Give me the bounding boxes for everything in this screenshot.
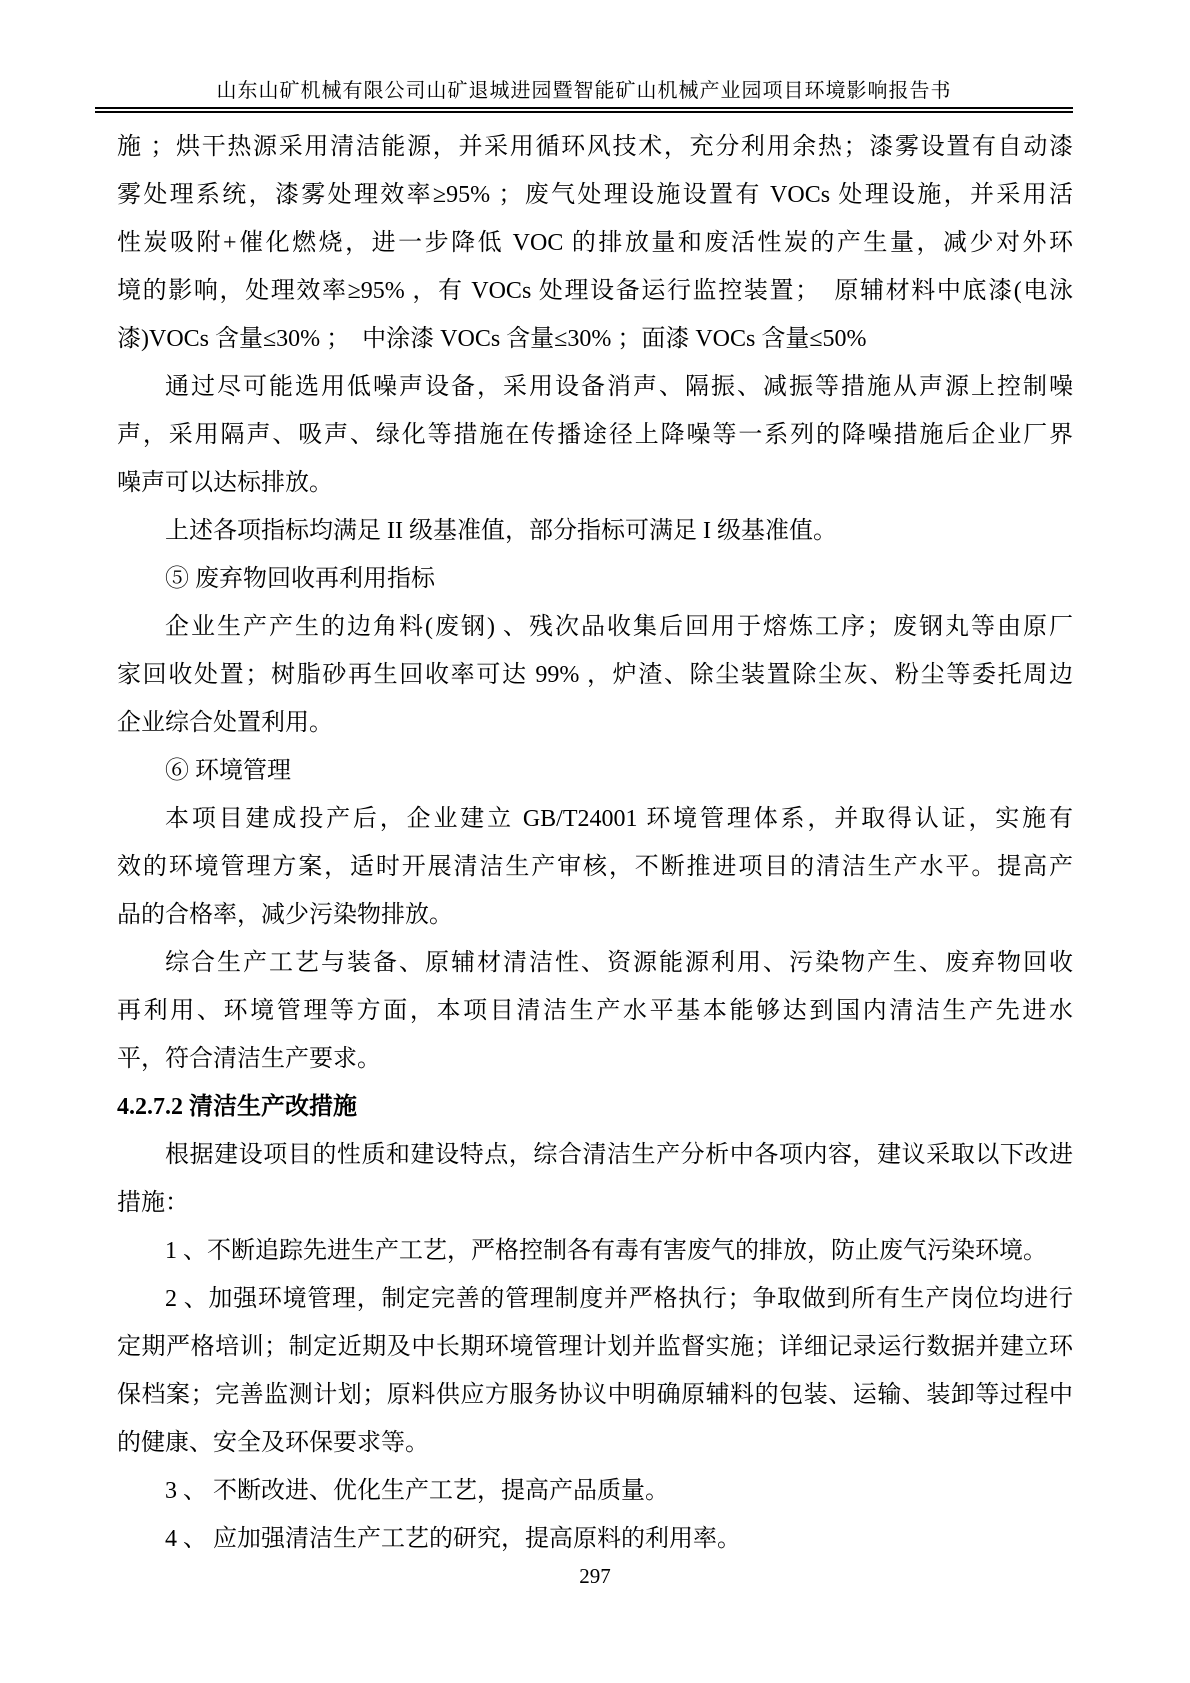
list-item: 2 、加强环境管理，制定完善的管理制度并严格执行；争取做到所有生产岗位均进行定期… <box>117 1275 1073 1467</box>
text-line: 3 、 不断改进、优化生产工艺，提高产品质量。 <box>117 1467 1073 1515</box>
list-item: 3 、 不断改进、优化生产工艺，提高产品质量。 <box>117 1467 1073 1515</box>
page-footer: 297 <box>0 1563 1190 1589</box>
text-line: 平，符合清洁生产要求。 <box>117 1035 1073 1083</box>
text-line: 境的影响，处理效率≥95% ，有 VOCs 处理设备运行监控装置； 原辅材料中底… <box>117 267 1073 315</box>
body-paragraph: 企业生产产生的边角料(废钢) 、残次品收集后回用于熔炼工序；废钢丸等由原厂家回收… <box>117 603 1073 747</box>
text-line: 声，采用隔声、吸声、绿化等措施在传播途径上降噪等一系列的降噪措施后企业厂界 <box>117 411 1073 459</box>
text-line: 再利用、环境管理等方面，本项目清洁生产水平基本能够达到国内清洁生产先进水 <box>117 987 1073 1035</box>
text-line: 本项目建成投产后，企业建立 GB/T24001 环境管理体系，并取得认证，实施有 <box>117 795 1073 843</box>
text-line: 效的环境管理方案，适时开展清洁生产审核，不断推进项目的清洁生产水平。提高产 <box>117 843 1073 891</box>
document-page: 山东山矿机械有限公司山矿退城进园暨智能矿山机械产业园项目环境影响报告书 施 ；烘… <box>0 0 1190 1683</box>
text-line: 1 、不断追踪先进生产工艺，严格控制各有毒有害废气的排放，防止废气污染环境。 <box>117 1227 1073 1275</box>
text-line: 根据建设项目的性质和建设特点，综合清洁生产分析中各项内容，建议采取以下改进 <box>117 1131 1073 1179</box>
body-paragraph: 上述各项指标均满足 II 级基准值，部分指标可满足 I 级基准值。 <box>117 507 1073 555</box>
text-line: 性炭吸附+催化燃烧，进一步降低 VOC 的排放量和废活性炭的产生量，减少对外环 <box>117 219 1073 267</box>
text-line: 综合生产工艺与装备、原辅材清洁性、资源能源利用、污染物产生、废弃物回收 <box>117 939 1073 987</box>
page-number: 297 <box>579 1564 611 1588</box>
body-paragraph: 本项目建成投产后，企业建立 GB/T24001 环境管理体系，并取得认证，实施有… <box>117 795 1073 939</box>
section-heading: 4.2.7.2 清洁生产改措施 <box>117 1083 1073 1131</box>
body-paragraph: 施 ；烘干热源采用清洁能源，并采用循环风技术，充分利用余热；漆雾设置有自动漆雾处… <box>117 123 1073 363</box>
text-line: 施 ；烘干热源采用清洁能源，并采用循环风技术，充分利用余热；漆雾设置有自动漆 <box>117 123 1073 171</box>
body-paragraph: ⑤ 废弃物回收再利用指标 <box>117 555 1073 603</box>
text-line: ⑥ 环境管理 <box>117 747 1073 795</box>
text-line: 家回收处置；树脂砂再生回收率可达 99% ，炉渣、除尘装置除尘灰、粉尘等委托周边 <box>117 651 1073 699</box>
body-paragraph: 根据建设项目的性质和建设特点，综合清洁生产分析中各项内容，建议采取以下改进措施： <box>117 1131 1073 1227</box>
text-line: 定期严格培训；制定近期及中长期环境管理计划并监督实施；详细记录运行数据并建立环 <box>117 1323 1073 1371</box>
page-header: 山东山矿机械有限公司山矿退城进园暨智能矿山机械产业园项目环境影响报告书 <box>95 78 1073 113</box>
text-line: 保档案；完善监测计划；原料供应方服务协议中明确原辅料的包装、运输、装卸等过程中 <box>117 1371 1073 1419</box>
text-line: 措施： <box>117 1179 1073 1227</box>
text-line: 漆)VOCs 含量≤30% ； 中涂漆 VOCs 含量≤30% ；面漆 VOCs… <box>117 315 1073 363</box>
text-line: 4.2.7.2 清洁生产改措施 <box>117 1083 1073 1131</box>
text-line: 企业综合处置利用。 <box>117 699 1073 747</box>
header-title: 山东山矿机械有限公司山矿退城进园暨智能矿山机械产业园项目环境影响报告书 <box>95 78 1073 107</box>
text-line: 品的合格率，减少污染物排放。 <box>117 891 1073 939</box>
text-line: 2 、加强环境管理，制定完善的管理制度并严格执行；争取做到所有生产岗位均进行 <box>117 1275 1073 1323</box>
body-paragraph: ⑥ 环境管理 <box>117 747 1073 795</box>
body-paragraph: 通过尽可能选用低噪声设备，采用设备消声、隔振、减振等措施从声源上控制噪声，采用隔… <box>117 363 1073 507</box>
list-item: 4 、 应加强清洁生产工艺的研究，提高原料的利用率。 <box>117 1515 1073 1563</box>
body-paragraph: 综合生产工艺与装备、原辅材清洁性、资源能源利用、污染物产生、废弃物回收再利用、环… <box>117 939 1073 1083</box>
document-body: 施 ；烘干热源采用清洁能源，并采用循环风技术，充分利用余热；漆雾设置有自动漆雾处… <box>117 123 1073 1563</box>
text-line: 通过尽可能选用低噪声设备，采用设备消声、隔振、减振等措施从声源上控制噪 <box>117 363 1073 411</box>
text-line: ⑤ 废弃物回收再利用指标 <box>117 555 1073 603</box>
list-item: 1 、不断追踪先进生产工艺，严格控制各有毒有害废气的排放，防止废气污染环境。 <box>117 1227 1073 1275</box>
text-line: 企业生产产生的边角料(废钢) 、残次品收集后回用于熔炼工序；废钢丸等由原厂 <box>117 603 1073 651</box>
text-line: 上述各项指标均满足 II 级基准值，部分指标可满足 I 级基准值。 <box>117 507 1073 555</box>
text-line: 4 、 应加强清洁生产工艺的研究，提高原料的利用率。 <box>117 1515 1073 1563</box>
text-line: 的健康、安全及环保要求等。 <box>117 1419 1073 1467</box>
text-line: 噪声可以达标排放。 <box>117 459 1073 507</box>
header-rule <box>95 107 1073 113</box>
text-line: 雾处理系统，漆雾处理效率≥95% ；废气处理设施设置有 VOCs 处理设施，并采… <box>117 171 1073 219</box>
